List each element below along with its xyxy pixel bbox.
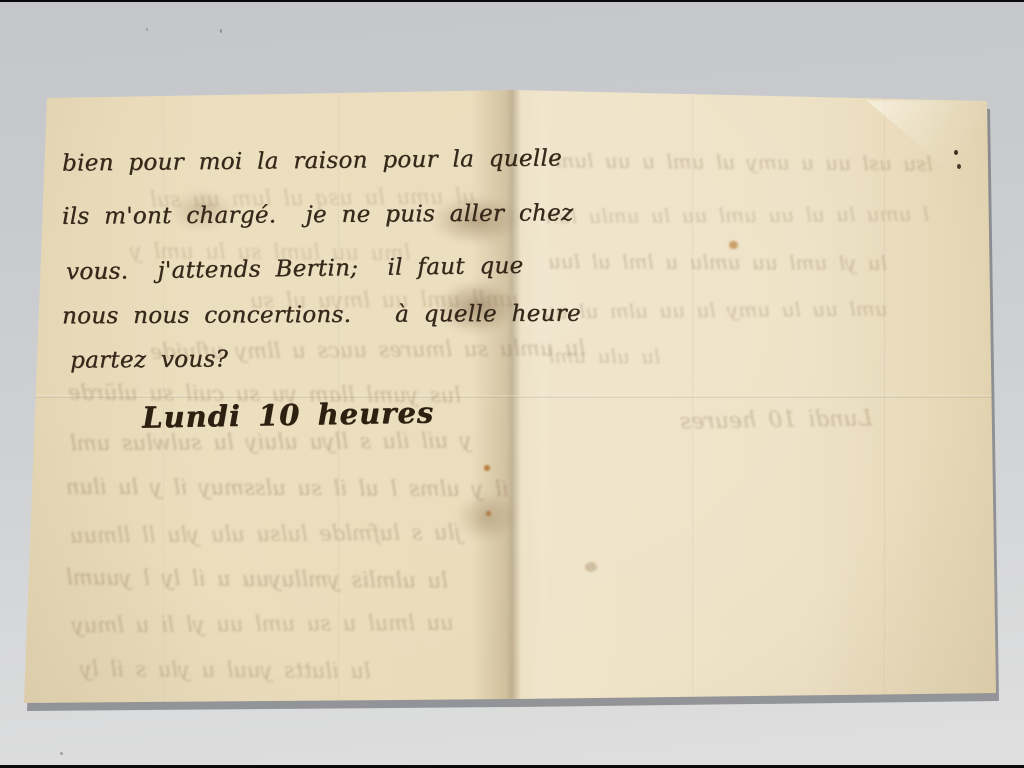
bleedthrough-line: lu ilutts yuul u ylu s il ly: [80, 657, 371, 683]
bleedthrough-line: uml uu lu umy lu uu ulm ul uu: [542, 296, 888, 323]
background-speck: [60, 752, 63, 755]
bleedthrough-line: lu ulu uml: [548, 344, 661, 369]
bleedthrough-line: il y ulms l ul il su ulssmuy il y lu ilu…: [66, 475, 509, 501]
handwritten-line-3: vous. j'attends Bertin; il faut que: [66, 253, 524, 285]
handwritten-line-4: nous nous concertions. à quelle heure: [62, 301, 581, 330]
foxing-spot: [585, 562, 597, 572]
background-speck: [220, 29, 222, 33]
bleedthrough-line: l umu lu ul uu uml uu lu umlu lun: [545, 202, 929, 229]
photo-top-edge-bar: [0, 0, 1024, 2]
bleedthrough-line: lu yl uml uu umlu u lml ul luu: [548, 249, 887, 275]
handwritten-line-2: ils m'ont chargé. je ne puis aller chez: [62, 200, 574, 230]
fold-crease-vertical-right-page: [692, 92, 694, 702]
bleedthrough-line: lsu usl uu u umy ul uml u uu lunl: [555, 148, 933, 175]
fold-crease-vertical-right-page: [884, 92, 886, 702]
paper-surface: ul umu lu usq ul lum uu sul lmu uu luml …: [0, 0, 1024, 768]
bleedthrough-line: lu ulmlis ymlluyuu u il ly l yuuml: [66, 565, 448, 592]
bleedthrough-dateline: Lundi 10 heures: [680, 406, 873, 434]
foxing-spot: [484, 465, 490, 471]
bleedthrough-line: uu lmul u su uml uu yl li u lmuy: [72, 611, 454, 638]
letter-photograph: ul umu lu usq ul lum uu sul lmu uu luml …: [0, 0, 1024, 768]
foxing-spot: [729, 241, 738, 249]
bleedthrough-line: y uil ilu s llyu uluiy lu sulwlus uml: [70, 429, 472, 456]
ink-fleck: [957, 164, 961, 169]
background-speck: [146, 28, 148, 31]
handwritten-line-1: bien pour moi la raison pour la quelle: [62, 145, 562, 176]
handwritten-line-5: partez vous?: [70, 346, 228, 373]
bleedthrough-line: jlu s lufmlde lulsu ulu ylu ll llmuu: [70, 520, 461, 547]
ink-fleck: [954, 150, 958, 155]
handwritten-dateline: Lundi 10 heures: [142, 395, 435, 434]
